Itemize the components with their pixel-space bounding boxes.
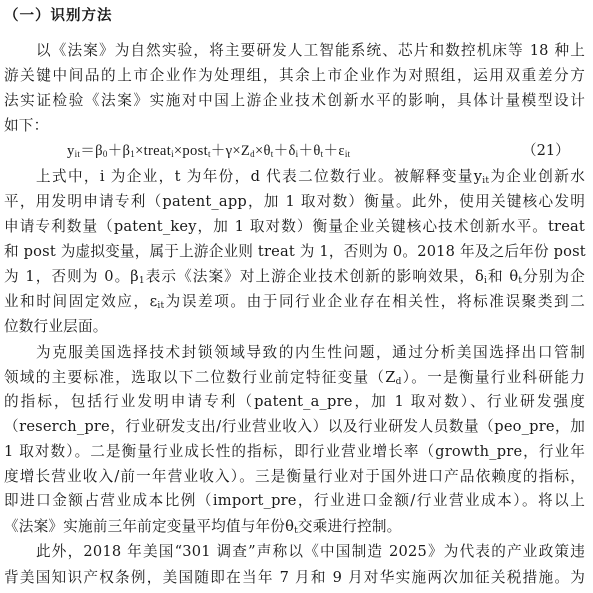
paragraph-3-line-7: 即进口金额占营业成本比例（import_pre，行业进口金额/行业营业成本）。将… bbox=[4, 491, 585, 511]
paragraph-2-line-4: 和 post 为虚拟变量，属于上游企业则 treat 为 1，否则为 0。201… bbox=[4, 242, 585, 262]
paragraph-2-line-1: 上式中，i 为企业，t 为年份，d 代表二位数行业。被解释变量yit为企业创新水 bbox=[36, 167, 585, 187]
paragraph-1-line-2: 游关键中间品的上市企业作为处理组，其余上市企业作为对照组，运用双重差分方 bbox=[4, 66, 585, 86]
paragraph-1-line-4: 如下： bbox=[4, 116, 585, 136]
paragraph-1-line-1: 以《法案》为自然实验，将主要研发人工智能系统、芯片和数控机床等 18 种上 bbox=[36, 41, 585, 61]
paragraph-3-line-8: 《法案》实施前三年前定变量平均值与年份θt交乘进行控制。 bbox=[4, 517, 585, 537]
paragraph-2-line-2: 平，用发明申请专利（patent_app，加 1 取对数）衡量。此外，使用关键核… bbox=[4, 192, 585, 212]
paragraph-2-line-7: 位数行业层面。 bbox=[4, 317, 585, 337]
equation-21: yit＝β0＋β1×treati×postt＋γ×Zd×θt＋δi＋θt＋εit bbox=[67, 141, 350, 161]
equation-number: （21） bbox=[522, 141, 570, 161]
paragraph-2-line-5: 为 1，否则为 0。β1表示《法案》对上游企业技术创新的影响效果，δi和 θt分… bbox=[4, 267, 585, 287]
paragraph-1-line-3: 法实证检验《法案》实施对中国上游企业技术创新水平的影响，具体计量模型设计 bbox=[4, 91, 585, 111]
paragraph-3-line-6: 度增长营业收入/前一年营业收入）。三是衡量行业对于国外进口产品依赖度的指标， bbox=[4, 467, 585, 487]
section-heading: （一）识别方法 bbox=[4, 4, 113, 25]
paragraph-3-line-3: 的指标，包括行业发明申请专利（patent_a_pre，加 1 取对数）、行业研… bbox=[4, 392, 585, 412]
paragraph-3-line-1: 为克服美国选择技术封锁领域导致的内生性问题，通过分析美国选择出口管制 bbox=[36, 343, 585, 363]
paragraph-3-line-5: 1 取对数）。二是衡量行业成长性的指标，即行业营业增长率（growth_pre，… bbox=[4, 442, 585, 462]
paragraph-4-line-2: 背美国知识产权条例，美国随即在当年 7 月和 9 月对华实施两次加征关税措施。为 bbox=[4, 568, 585, 588]
paragraph-3-line-2: 领域的主要标准，选取以下二位数行业前定特征变量（Zd）。一是衡量行业科研能力 bbox=[4, 368, 585, 388]
paragraph-2-line-6: 业和时间固定效应，εit为误差项。由于同行业企业存在相关性，将标准误聚类到二 bbox=[4, 292, 585, 312]
paper-page: （一）识别方法 以《法案》为自然实验，将主要研发人工智能系统、芯片和数控机床等 … bbox=[0, 0, 593, 593]
paragraph-4-line-1: 此外，2018 年美国“301 调查”声称以《中国制造 2025》为代表的产业政… bbox=[36, 542, 585, 562]
paragraph-3-line-4: （reserch_pre，行业研发支出/行业营业收入）以及行业研发人员数量（pe… bbox=[4, 417, 585, 437]
paragraph-2-line-3: 申请专利数量（patent_key，加 1 取对数）衡量企业关键核心技术创新水平… bbox=[4, 217, 585, 237]
